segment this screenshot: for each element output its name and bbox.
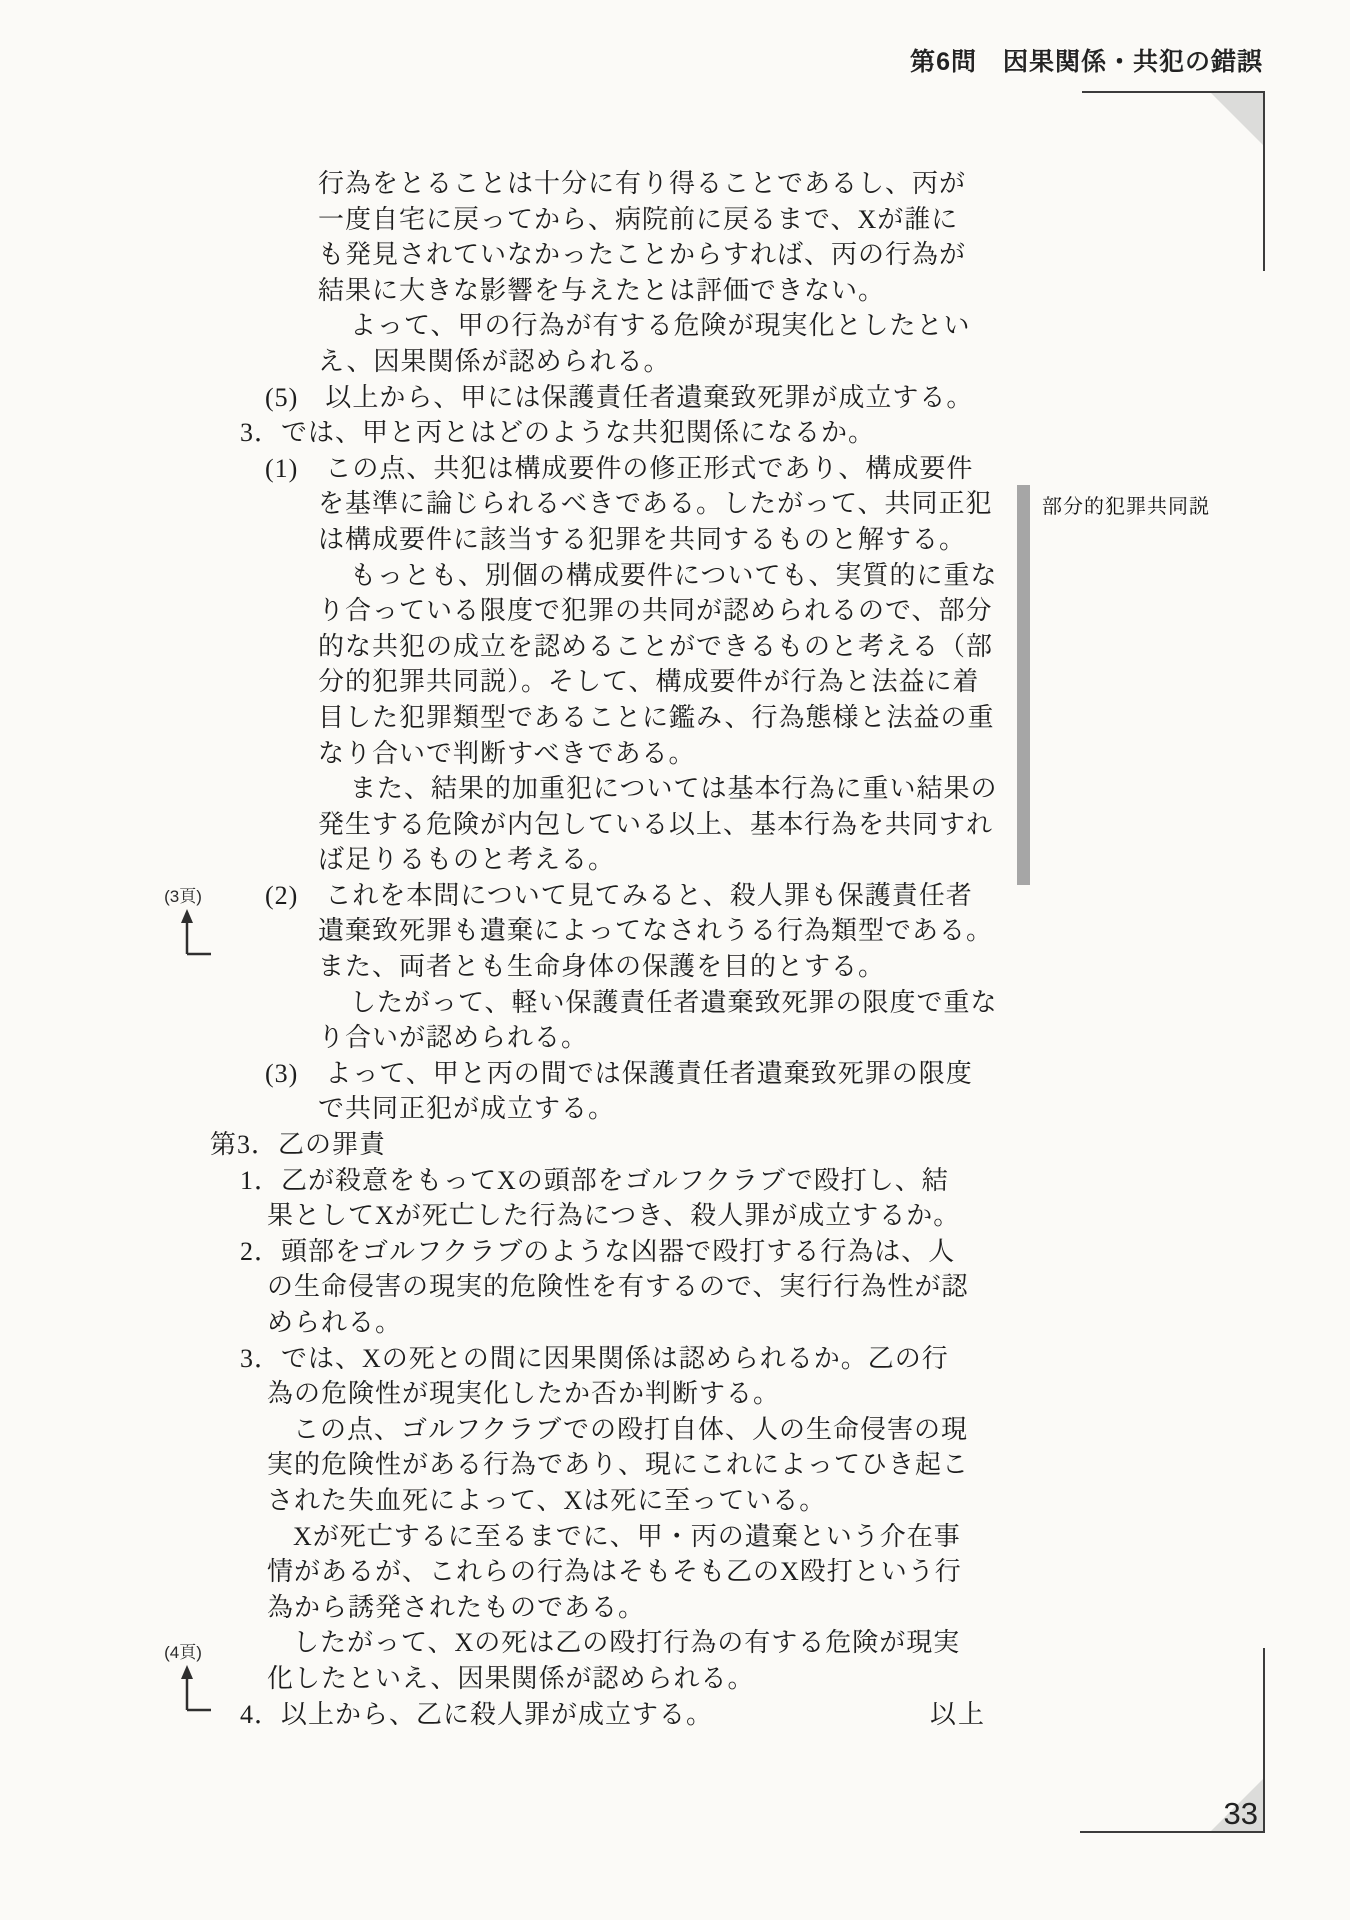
page3-insert-marker: (3頁) (148, 882, 218, 961)
body-line: 1．乙が殺意をもってXの頭部をゴルフクラブで殴打し、結 (0, 1163, 1100, 1199)
body-line: の生命侵害の現実的危険性を有するので、実行行為性が認 (0, 1269, 1100, 1305)
top-right-vertical-rule (1263, 91, 1265, 271)
body-line: された失血死によって、Xは死に至っている。 (0, 1483, 1100, 1519)
body-line: 為の危険性が現実化したか否か判断する。 (0, 1376, 1100, 1412)
body-line: も発見されていなかったことからすれば、丙の行為が (0, 237, 1100, 273)
body-line: められる。 (0, 1305, 1100, 1341)
page-header-title: 第6問 因果関係・共犯の錯誤 (910, 42, 1263, 78)
body-line: り合いが認められる。 (0, 1020, 1100, 1056)
body-line: 結果に大きな影響を与えたとは評価できない。 (0, 273, 1100, 309)
page-number: 33 (1224, 1796, 1258, 1832)
book-page: 第6問 因果関係・共犯の錯誤 行為をとることは十分に有り得ることであるし、丙が一… (0, 0, 1350, 1920)
body-line: よって、甲の行為が有する危険が現実化としたとい (0, 308, 1100, 344)
body-line: 果としてXが死亡した行為につき、殺人罪が成立するか。 (0, 1198, 1100, 1234)
body-line: 情があるが、これらの行為はそもそも乙のX殴打という行 (0, 1554, 1100, 1590)
body-line: また、結果的加重犯については基本行為に重い結果の (0, 771, 1100, 807)
body-line: もっとも、別個の構成要件についても、実質的に重な (0, 558, 1100, 594)
bottom-right-vertical-rule (1263, 1648, 1265, 1833)
top-right-corner-triangle (1211, 93, 1263, 145)
body-line: 2．頭部をゴルフクラブのような凶器で殴打する行為は、人 (0, 1234, 1100, 1270)
body-line: で共同正犯が成立する。 (0, 1091, 1100, 1127)
body-line: 3．では、Xの死との間に因果関係は認められるか。乙の行 (0, 1341, 1100, 1377)
body-line: (3) よって、甲と丙の間では保護責任者遺棄致死罪の限度 (0, 1056, 1100, 1092)
body-line: は構成要件に該当する犯罪を共同するものと解する。 (0, 522, 1100, 558)
body-line: 行為をとることは十分に有り得ることであるし、丙が (0, 166, 1100, 202)
margin-note-label: 部分的犯罪共同説 (1042, 490, 1210, 519)
body-line: 第3．乙の罪責 (0, 1127, 1100, 1163)
body-line: Xが死亡するに至るまでに、甲・丙の遺棄という介在事 (0, 1519, 1100, 1555)
body-line: 実的危険性がある行為であり、現にこれによってひき起こ (0, 1447, 1100, 1483)
insert-arrow-icon (152, 1665, 214, 1717)
body-line: 発生する危険が内包している以上、基本行為を共同すれ (0, 807, 1100, 843)
insert-arrow-icon (152, 909, 214, 961)
body-line: (1) この点、共犯は構成要件の修正形式であり、構成要件 (0, 451, 1100, 487)
body-line: ば足りるものと考える。 (0, 842, 1100, 878)
margin-note-bar (1017, 485, 1030, 885)
body-line: え、因果関係が認められる。 (0, 344, 1100, 380)
page3-insert-label: (3頁) (148, 882, 218, 907)
body-line: り合っている限度で犯罪の共同が認められるので、部分 (0, 593, 1100, 629)
body-line: したがって、軽い保護責任者遺棄致死罪の限度で重な (0, 985, 1100, 1021)
body-line: 分的犯罪共同説）。そして、構成要件が行為と法益に着 (0, 664, 1100, 700)
body-line: この点、ゴルフクラブでの殴打自体、人の生命侵害の現 (0, 1412, 1100, 1448)
page4-insert-marker: (4頁) (148, 1638, 218, 1717)
body-line: 的な共犯の成立を認めることができるものと考える（部 (0, 629, 1100, 665)
document-end-mark: 以上 (930, 1697, 986, 1733)
body-line: なり合いで判断すべきである。 (0, 736, 1100, 772)
body-line: を基準に論じられるべきである。したがって、共同正犯 (0, 486, 1100, 522)
body-line: 3．では、甲と丙とはどのような共犯関係になるか。 (0, 415, 1100, 451)
page4-insert-label: (4頁) (148, 1638, 218, 1663)
body-line: 一度自宅に戻ってから、病院前に戻るまで、Xが誰に (0, 202, 1100, 238)
body-line: (5) 以上から、甲には保護責任者遺棄致死罪が成立する。 (0, 380, 1100, 416)
body-line: 為から誘発されたものである。 (0, 1590, 1100, 1626)
body-line: 目した犯罪類型であることに鑑み、行為態様と法益の重 (0, 700, 1100, 736)
